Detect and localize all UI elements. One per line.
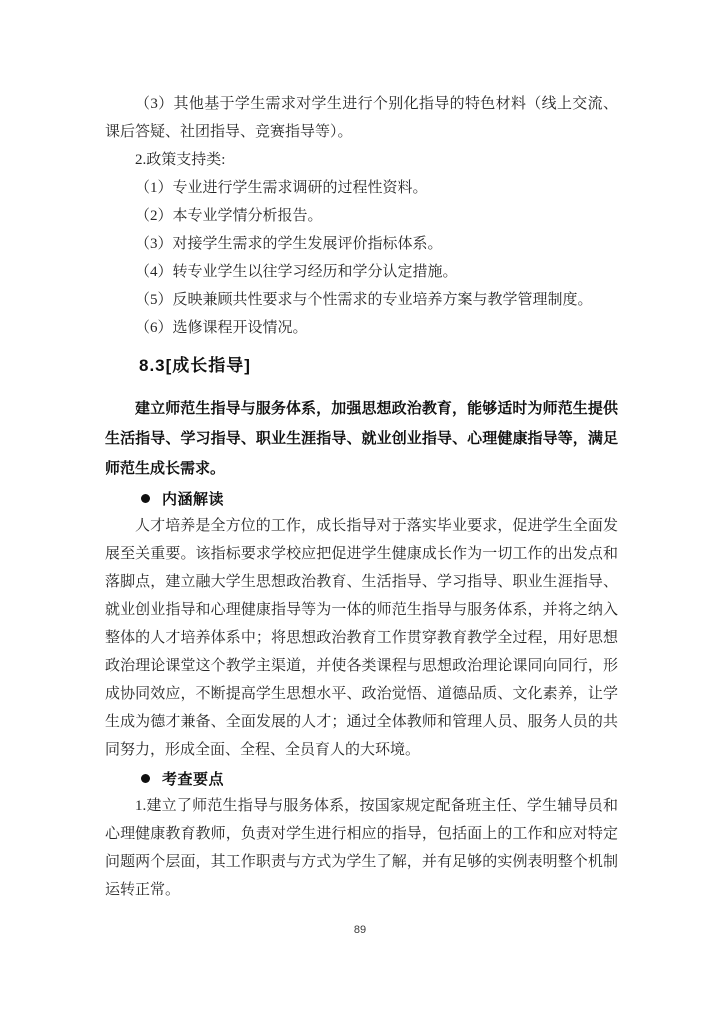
list-item: （6）选修课程开设情况。 — [105, 314, 618, 342]
list-item: （3）其他基于学生需求对学生进行个别化指导的特色材料（线上交流、课后答疑、社团指… — [105, 90, 618, 146]
key-points-paragraph: 1.建立了师范生指导与服务体系，按国家规定配备班主任、学生辅导员和心理健康教育教… — [105, 792, 618, 904]
list-item: （1）专业进行学生需求调研的过程性资料。 — [105, 174, 618, 202]
key-points-title: 考查要点 — [162, 768, 224, 789]
document-page: （3）其他基于学生需求对学生进行个别化指导的特色材料（线上交流、课后答疑、社团指… — [0, 0, 720, 1018]
section-heading: 8.3[成长指导] — [105, 351, 618, 381]
bullet-icon — [141, 774, 150, 783]
page-number: 89 — [0, 924, 720, 936]
document-content: （3）其他基于学生需求对学生进行个别化指导的特色材料（线上交流、课后答疑、社团指… — [105, 90, 618, 904]
connotation-title: 内涵解读 — [162, 488, 224, 509]
key-points-heading: 考查要点 — [105, 764, 618, 792]
list-item: （4）转专业学生以往学习经历和学分认定措施。 — [105, 258, 618, 286]
list-item: （2）本专业学情分析报告。 — [105, 202, 618, 230]
connotation-heading: 内涵解读 — [105, 484, 618, 512]
bullet-icon — [141, 494, 150, 503]
connotation-paragraph: 人才培养是全方位的工作，成长指导对于落实毕业要求，促进学生全面发展至关重要。该指… — [105, 512, 618, 764]
list-item: （5）反映兼顾共性要求与个性需求的专业培养方案与教学管理制度。 — [105, 286, 618, 314]
lead-paragraph: 建立师范生指导与服务体系，加强思想政治教育，能够适时为师范生提供生活指导、学习指… — [105, 394, 618, 484]
list-item: 2.政策支持类: — [105, 146, 618, 174]
list-item: （3）对接学生需求的学生发展评价指标体系。 — [105, 230, 618, 258]
